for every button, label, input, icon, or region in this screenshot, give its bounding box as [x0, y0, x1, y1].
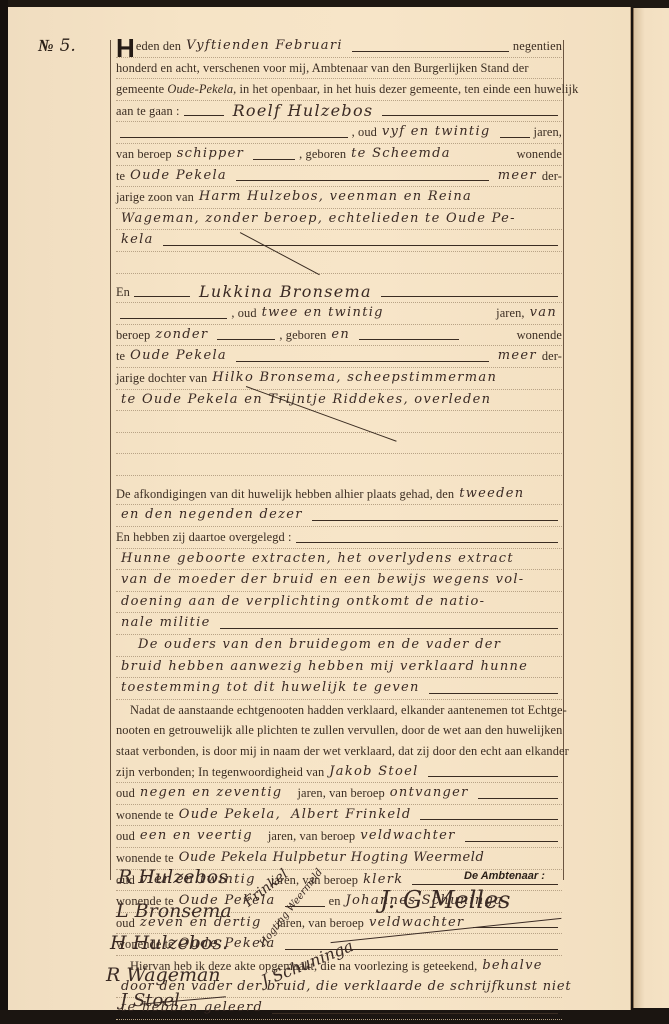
text-wonende-te: wonende te	[116, 805, 174, 826]
scan-left-edge	[0, 0, 8, 1024]
signature-bride: L Bronsema	[116, 900, 232, 922]
printed-text: honderd en acht, verschenen voor mij, Am…	[116, 58, 529, 79]
groom-parents-continued: kela	[116, 230, 159, 251]
line-docs-5: De ouders van den bruidegom en de vader …	[116, 635, 562, 657]
groom-parents-continued: Wageman, zonder beroep, echtelieden te O…	[116, 209, 521, 230]
line-2: honderd en acht, verschenen voor mij, Am…	[116, 58, 562, 80]
line-docs-2: van de moeder der bruid en een bewijs we…	[116, 570, 562, 592]
bride-occupation: zonder	[150, 325, 213, 346]
printed-text: nooten en getrouwelijk alle plichten te …	[116, 720, 562, 741]
record-number: №5.	[38, 36, 76, 56]
blank-line	[359, 339, 459, 340]
blank-line	[381, 296, 558, 297]
line-bride-parents-1: jarige dochter van Hilko Bronsema, schee…	[116, 368, 562, 390]
text-te: te	[116, 166, 125, 187]
handwritten-van: van	[525, 303, 562, 324]
groom-name: Roelf Hulzebos	[228, 101, 379, 122]
blank-line	[478, 798, 558, 799]
text-negentien: negentien	[513, 36, 562, 57]
signing-note: behalve	[477, 956, 547, 977]
line-groom-age: , oud vyf en twintig jaren,	[116, 122, 562, 144]
blank-line	[312, 520, 558, 521]
blank-line	[236, 180, 489, 181]
groom-occupation: schipper	[172, 144, 249, 165]
next-page-edge	[633, 8, 669, 1008]
line-docs-4: nale militie	[116, 613, 562, 635]
blank-line	[465, 841, 558, 842]
text-beroep: beroep	[116, 325, 150, 346]
text-aan-te-gaan: aan te gaan :	[116, 101, 180, 122]
blank-line	[253, 159, 295, 160]
blank-line	[217, 339, 275, 340]
printed-text: En hebben zij daartoe overgelegd :	[116, 527, 292, 548]
blank-line	[134, 296, 190, 297]
record-number-prefix: №	[38, 36, 54, 55]
signature-groom-mother: R Wageman	[106, 964, 221, 986]
text-en: En	[116, 282, 130, 303]
line-groom-parents-3: kela	[116, 230, 562, 252]
line-groom-residence: te Oude Pekela meer der-	[116, 166, 562, 188]
groom-residence: Oude Pekela	[125, 166, 232, 187]
handwritten-meer: meer	[493, 166, 542, 187]
municipality-name: Oude-Pekela,	[167, 79, 236, 100]
text-jarige-dochter-van: jarige dochter van	[116, 368, 207, 389]
blank-line	[120, 137, 348, 138]
text-oud: , oud	[231, 303, 256, 324]
proclamation-date: tweeden	[454, 484, 529, 505]
line-witness-1-name: zijn verbonden; In tegenwoordigheid van …	[116, 762, 562, 784]
line-nadat-3: staat verbonden, is door mij in naam der…	[116, 741, 562, 762]
line-bride-residence: te Oude Pekela meer der-	[116, 346, 562, 368]
line-witness-1-age: oud negen en zeventig jaren, van beroep …	[116, 783, 562, 805]
empty-line	[116, 454, 562, 476]
line-bride-occupation: beroep zonder , geboren en wonende	[116, 325, 562, 347]
text-jaren-van-beroep: jaren, van beroep	[297, 783, 384, 804]
signature-official: J. G Melles	[380, 886, 510, 914]
line-bride-age: , oud twee en twintig jaren, van	[116, 303, 562, 325]
text-en: en	[329, 891, 341, 912]
blank-line	[352, 51, 509, 52]
witness-1-name: Jakob Stoel	[324, 762, 423, 783]
text-oud: , oud	[352, 122, 377, 143]
groom-age: vyf en twintig	[377, 122, 496, 143]
line-docs-1: Hunne geboorte extracten, het overlydens…	[116, 549, 562, 571]
ambtenaar-label: De Ambtenaar :	[464, 870, 545, 882]
parental-consent: toestemming tot dit huwelijk te geven	[116, 678, 425, 699]
line-nadat-1: Nadat de aanstaande echtgenooten hadden …	[116, 700, 562, 721]
blank-line	[412, 884, 558, 885]
line-docs-6: bruid hebben aanwezig hebben mij verklaa…	[116, 657, 562, 679]
bride-parents: Hilko Bronsema, scheepstimmerman	[207, 368, 502, 389]
printed-text: gemeente	[116, 79, 164, 100]
line-groom-name: aan te gaan : Roelf Hulzebos	[116, 101, 562, 123]
handwritten-date: Vyftienden Februari	[181, 36, 348, 57]
empty-line	[116, 411, 562, 433]
line-docs-3: doening aan de verplichting ontkomt de n…	[116, 592, 562, 614]
text-jaren: jaren,	[534, 122, 562, 143]
text-jaren: jaren,	[496, 303, 524, 324]
proclamation-date-continued: en den negenden dezer	[116, 505, 308, 526]
text-geboren: , geboren	[299, 144, 346, 165]
blank-line	[272, 1013, 558, 1014]
text-der: der-	[542, 166, 562, 187]
groom-birthplace: te Scheemda	[346, 144, 456, 165]
blank-line	[163, 245, 558, 246]
text-oud: oud	[116, 783, 135, 804]
blank-line	[236, 361, 489, 362]
line-groom-parents-2: Wageman, zonder beroep, echtelieden te O…	[116, 209, 562, 231]
witness-1-occupation: ontvanger	[385, 783, 474, 804]
printed-text: staat verbonden, is door mij in naam der…	[116, 741, 569, 762]
line-bride-parents-2: te Oude Pekela en Trijntje Riddekes, ove…	[116, 390, 562, 412]
text-wonende: wonende	[517, 144, 562, 165]
text-jarige-zoon-van: jarige zoon van	[116, 187, 194, 208]
text-geboren: , geboren	[279, 325, 326, 346]
empty-line	[116, 433, 562, 455]
text-heden-den: eden den	[136, 36, 181, 57]
blank-line	[429, 693, 558, 694]
text-jaren-van-beroep: jaren, van beroep	[268, 826, 355, 847]
signature-groom: R Hulzebos	[118, 866, 228, 888]
text-te: te	[116, 346, 125, 367]
signature-groom-father: H Hulzebos.	[110, 932, 228, 954]
empty-line	[116, 252, 562, 274]
submitted-documents: van de moeder der bruid en een bewijs we…	[116, 570, 530, 591]
blank-line	[382, 115, 558, 116]
witness-2-name: Albert Frinkeld	[286, 805, 416, 826]
text-wonende: wonende	[517, 325, 562, 346]
printed-text: in het openbaar, in het huis dezer gemee…	[239, 79, 578, 100]
text-der: der-	[542, 346, 562, 367]
initial-capital: H	[116, 39, 135, 57]
line-3: gemeente Oude-Pekela, in het openbaar, i…	[116, 79, 562, 101]
line-afkondigingen: De afkondigingen van dit huwelijk hebben…	[116, 484, 562, 506]
witness-1-age: negen en zeventig	[135, 783, 288, 804]
blank-line	[296, 542, 558, 543]
printed-text: De afkondigingen van dit huwelijk hebben…	[116, 484, 454, 505]
blank-line	[120, 318, 227, 319]
blank-line	[220, 628, 558, 629]
line-docs-7: toestemming tot dit huwelijk te geven	[116, 678, 562, 700]
text-oud: oud	[116, 826, 135, 847]
printed-text: zijn verbonden; In tegenwoordigheid van	[116, 762, 324, 783]
groom-parents: Harm Hulzebos, veenman en Reina	[194, 187, 477, 208]
handwritten-meer: meer	[493, 346, 542, 367]
witness-2-age: een en veertig	[135, 826, 258, 847]
blank-line	[500, 137, 530, 138]
line-overgelegd: En hebben zij daartoe overgelegd :	[116, 527, 562, 549]
blank-line	[428, 776, 558, 777]
submitted-documents: Hunne geboorte extracten, het overlydens…	[116, 549, 519, 570]
line-groom-occupation: van beroep schipper , geboren te Scheemd…	[116, 144, 562, 166]
printed-text: Nadat de aanstaande echtgenooten hadden …	[116, 700, 567, 721]
bride-birthplace: en	[326, 325, 355, 346]
bride-residence: Oude Pekela	[125, 346, 232, 367]
bride-name: Lukkina Bronsema	[194, 282, 377, 303]
blank-line	[473, 927, 558, 928]
parental-consent: De ouders van den bruidegom en de vader …	[116, 635, 506, 656]
submitted-documents: nale militie	[116, 613, 216, 634]
witness-1-residence: Oude Pekela,	[174, 805, 286, 826]
line-bride-name: En Lukkina Bronsema	[116, 282, 562, 304]
line-groom-parents-1: jarige zoon van Harm Hulzebos, veenman e…	[116, 187, 562, 209]
bride-age: twee en twintig	[257, 303, 389, 324]
line-date: H eden den Vyftienden Februari negentien	[116, 36, 562, 58]
text-van-beroep: van beroep	[116, 144, 172, 165]
submitted-documents: doening aan de verplichting ontkomt de n…	[116, 592, 490, 613]
parental-consent: bruid hebben aanwezig hebben mij verklaa…	[116, 657, 533, 678]
blank-line	[184, 115, 224, 116]
line-afkondigingen-2: en den negenden dezer	[116, 505, 562, 527]
blank-line	[420, 819, 558, 820]
record-number-value: 5.	[60, 36, 76, 56]
line-nadat-2: nooten en getrouwelijk alle plichten te …	[116, 720, 562, 741]
line-witness-1-residence: wonende te Oude Pekela, Albert Frinkeld	[116, 805, 562, 827]
witness-2-occupation: veldwachter	[355, 826, 460, 847]
margin-rule-left	[110, 40, 111, 880]
line-witness-2-age: oud een en veertig jaren, van beroep vel…	[116, 826, 562, 848]
line-hiervan-3: te hebben geleerd	[116, 998, 562, 1020]
